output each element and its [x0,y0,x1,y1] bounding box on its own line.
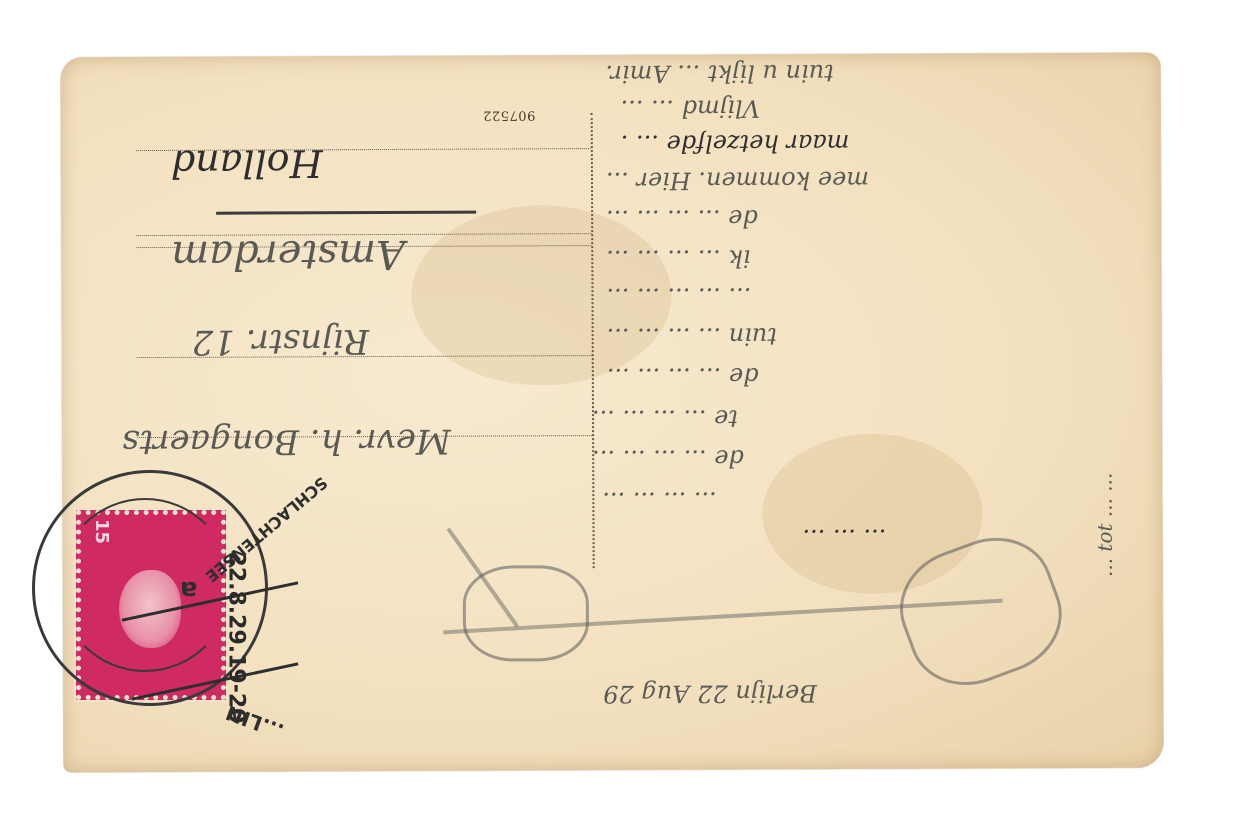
postmark-inner-ring [58,498,232,672]
postmark-date: 22.8.29.19-20 [223,552,248,724]
postmark-letter: a [180,575,198,605]
message-line: mee kommen. Hier ... [606,166,869,195]
underline [216,211,476,215]
message-line: te ... ... ... ... [592,404,738,433]
message-line: de ... ... ... ... [606,204,758,233]
message-line: de ... ... ... ... [607,362,759,391]
message-date: Berlijn 22 Aug 29 [603,679,817,708]
serial-number: 907522 [483,107,536,122]
message-line: Vlijmd ... ... [621,94,760,123]
message-line: maar hetzelfde ... . [621,129,850,158]
address-line-country: Holland [171,141,323,186]
message-line: tuin ... ... ... ... [607,322,777,351]
message-line: tuin u lijkt ... Amir. [605,59,833,88]
message-line: ... ... ... [802,524,886,552]
address-line-street: Rijnstr. 12 [192,321,370,362]
address-line-city: Amsterdam [171,231,405,278]
message-line: de ... ... ... ... [592,444,744,473]
message-line: ik ... ... ... ... [606,244,750,273]
address-line-recipient: Mevr. h. Bongaerts [122,421,451,462]
message-line: ... ... ... ... [602,487,717,515]
margin-note: ... tot ... ... [1092,473,1116,578]
message-line: ... ... ... ... ... [606,282,751,311]
